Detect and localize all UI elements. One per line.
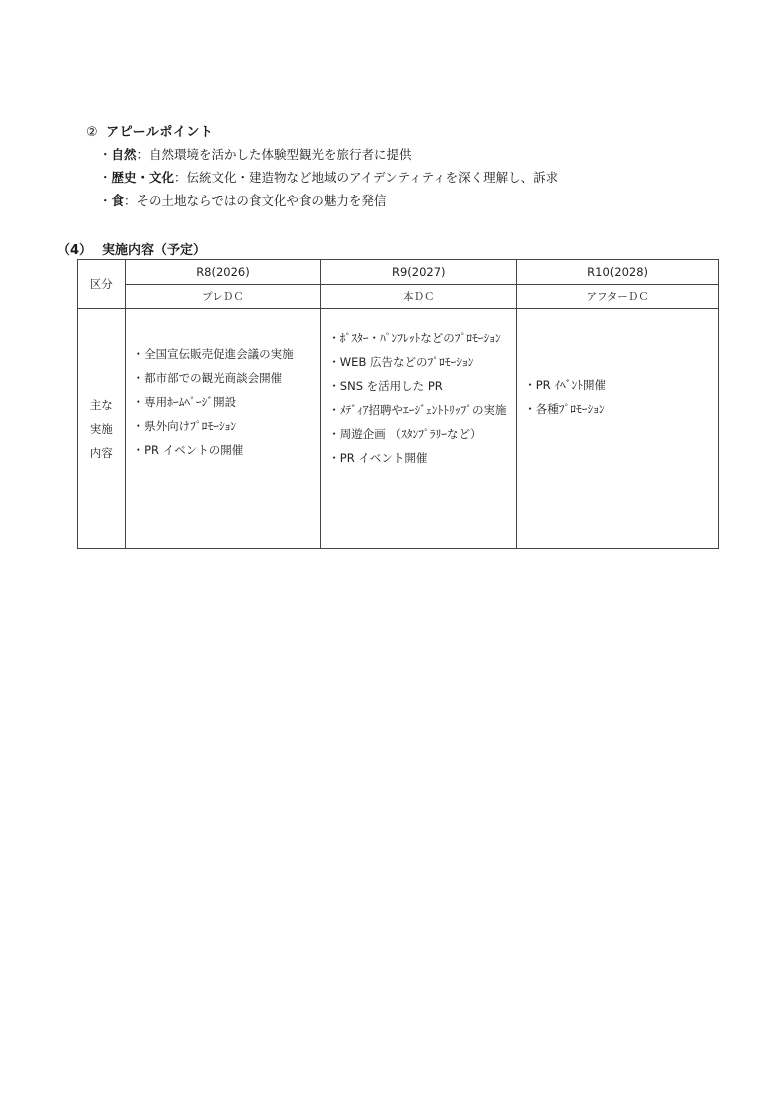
heading-text: アピールポイント	[106, 125, 213, 140]
table-row-main-activities: 主な 実施 内容 ・全国宣伝販売促進会議の実施 ・都市部での観光商談会開催 ・専…	[78, 309, 719, 549]
list-item: ・各種ﾌﾟﾛﾓｰｼｮﾝ	[524, 397, 718, 421]
section-title-text: 実施内容（予定）	[102, 243, 206, 258]
section-number: （4）	[57, 243, 92, 258]
appeal-item-nature: ・自然：自然環境を活かした体験型観光を旅行者に提供	[99, 145, 558, 168]
body-label-cell: 主な 実施 内容	[78, 309, 126, 549]
list-item: ・都市部での観光商談会開催	[133, 366, 321, 390]
phase-header-pre-dc: プレＤＣ	[125, 285, 321, 309]
implementation-plan-table: 区分 R8(2026) R9(2027) R10(2028) プレＤＣ 本ＤＣ …	[77, 259, 719, 549]
bullet: ・	[99, 170, 112, 185]
phase-header-after-dc: アフターＤＣ	[517, 285, 719, 309]
appeal-text: 伝統文化・建造物など地域のアイデンティティを深く理解し、訴求	[187, 170, 559, 185]
body-label-line: 実施	[78, 417, 125, 441]
activities-cell-r10: ・PR ｲﾍﾞﾝﾄ開催 ・各種ﾌﾟﾛﾓｰｼｮﾝ	[517, 309, 719, 549]
separator: ：	[124, 193, 137, 208]
activities-cell-r9: ・ﾎﾟｽﾀｰ・ﾊﾟﾝﾌﾚｯﾄなどのﾌﾟﾛﾓｰｼｮﾝ ・WEB 広告などのﾌﾟﾛﾓ…	[321, 309, 517, 549]
heading-number: ②	[86, 125, 98, 140]
appeal-item-food: ・食：その土地ならではの食文化や食の魅力を発信	[99, 191, 558, 214]
list-item: ・ﾒﾃﾞｨｱ招聘やｴｰｼﾞｪﾝﾄﾄﾘｯﾌﾟの実施	[328, 398, 516, 422]
implementation-section-heading: （4）実施内容（予定）	[57, 239, 206, 258]
list-item: ・PR イベントの開催	[133, 438, 321, 462]
appeal-item-history-culture: ・歴史・文化：伝統文化・建造物など地域のアイデンティティを深く理解し、訴求	[99, 168, 558, 191]
list-item: ・SNS を活用した PR	[328, 374, 516, 398]
phase-header-main-dc: 本ＤＣ	[321, 285, 517, 309]
appeal-key: 食	[112, 193, 125, 208]
list-item: ・PR イベント開催	[328, 446, 516, 470]
year-header-r8: R8(2026)	[125, 260, 321, 285]
list-item: ・全国宣伝販売促進会議の実施	[133, 342, 321, 366]
list-item: ・周遊企画 （ｽﾀﾝﾌﾟﾗﾘｰなど）	[328, 422, 516, 446]
bullet: ・	[99, 147, 112, 162]
list-item: ・ﾎﾟｽﾀｰ・ﾊﾟﾝﾌﾚｯﾄなどのﾌﾟﾛﾓｰｼｮﾝ	[328, 326, 516, 350]
appeal-key: 歴史・文化	[112, 170, 175, 185]
appeal-points-heading: ②アピールポイント	[86, 121, 213, 140]
year-header-r9: R9(2027)	[321, 260, 517, 285]
table-header-row-phases: プレＤＣ 本ＤＣ アフターＤＣ	[78, 285, 719, 309]
category-header-cell: 区分	[78, 260, 126, 309]
list-item: ・県外向けﾌﾟﾛﾓｰｼｮﾝ	[133, 414, 321, 438]
separator: ：	[174, 170, 187, 185]
separator: ：	[137, 147, 150, 162]
activities-cell-r8: ・全国宣伝販売促進会議の実施 ・都市部での観光商談会開催 ・専用ﾎｰﾑﾍﾟｰｼﾞ…	[125, 309, 321, 549]
list-item: ・WEB 広告などのﾌﾟﾛﾓｰｼｮﾝ	[328, 350, 516, 374]
table-header-row-years: 区分 R8(2026) R9(2027) R10(2028)	[78, 260, 719, 285]
body-label-line: 主な	[78, 393, 125, 417]
list-item: ・PR ｲﾍﾞﾝﾄ開催	[524, 373, 718, 397]
list-item: ・専用ﾎｰﾑﾍﾟｰｼﾞ開設	[133, 390, 321, 414]
body-label-line: 内容	[78, 441, 125, 465]
appeal-key: 自然	[112, 147, 137, 162]
appeal-text: その土地ならではの食文化や食の魅力を発信	[137, 193, 387, 208]
year-header-r10: R10(2028)	[517, 260, 719, 285]
appeal-text: 自然環境を活かした体験型観光を旅行者に提供	[149, 147, 412, 162]
bullet: ・	[99, 193, 112, 208]
appeal-points-list: ・自然：自然環境を活かした体験型観光を旅行者に提供 ・歴史・文化：伝統文化・建造…	[99, 145, 558, 214]
